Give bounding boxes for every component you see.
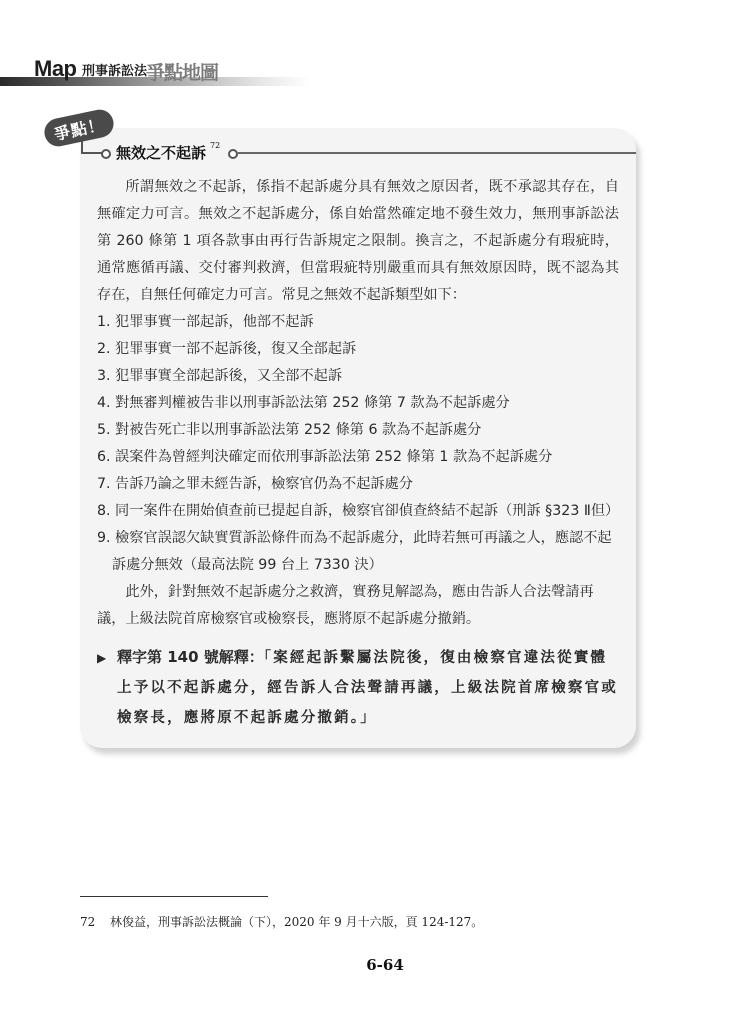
header-brand: Map	[34, 56, 77, 82]
interpretation-lead: 釋字第 140 號解釋：	[117, 648, 264, 666]
footnote-text: 林俊益，刑事訴訟法概論（下），2020 年 9 月十六版，頁 124-127。	[110, 915, 483, 929]
list-item: 4. 對無審判權被告非以刑事訴訟法第 252 條第 7 款為不起訴處分	[97, 390, 619, 417]
list-item: 8. 同一案件在開始偵查前已提起自訴，檢察官卻偵查終結不起訴（刑訴 §323 Ⅱ…	[97, 498, 619, 525]
interpretation-note: ▶釋字第 140 號解釋：「案經起訴繫屬法院後，復由檢察官違法從實體上予以不起訴…	[97, 643, 619, 733]
footnote: 72林俊益，刑事訴訟法概論（下），2020 年 9 月十六版，頁 124-127…	[80, 913, 483, 930]
header-subject: 刑事訴訟法	[82, 60, 147, 79]
page-number: 6-64	[0, 956, 750, 974]
list-item: 7. 告訴乃論之罪未經告訴，檢察官仍為不起訴處分	[97, 471, 619, 498]
triangle-right-icon: ▶	[97, 644, 117, 673]
intro-paragraph: 所謂無效之不起訴，係指不起訴處分具有無效之原因者，既不承認其存在，自無確定力可言…	[97, 174, 619, 309]
footnote-rule	[80, 896, 268, 897]
tag-connector-horizontal	[81, 152, 103, 154]
remedy-paragraph: 此外，針對無效不起訴處分之救濟，實務見解認為，應由告訴人合法聲請再議，上級法院首…	[97, 579, 619, 633]
section-title-text: 無效之不起訴	[116, 144, 206, 162]
section-title: 無效之不起訴72	[116, 142, 220, 163]
circle-bullet-icon	[228, 149, 238, 159]
issue-content: 所謂無效之不起訴，係指不起訴處分具有無效之原因者，既不承認其存在，自無確定力可言…	[97, 174, 619, 733]
footnote-number: 72	[80, 915, 110, 929]
footnote-ref: 72	[210, 141, 220, 150]
header-title: 爭點地圖	[146, 58, 218, 85]
list-item: 9. 檢察官誤認欠缺實質訴訟條件而為不起訴處分，此時若無可再議之人，應認不起訴處…	[97, 525, 619, 579]
circle-bullet-icon	[101, 149, 111, 159]
list-item: 5. 對被告死亡非以刑事訴訟法第 252 條第 6 款為不起訴處分	[97, 417, 619, 444]
invalid-types-list: 1. 犯罪事實一部起訴，他部不起訴 2. 犯罪事實一部不起訴後，復又全部起訴 3…	[97, 309, 619, 579]
page-header: Map 刑事訴訟法 爭點地圖	[0, 55, 330, 90]
list-item: 2. 犯罪事實一部不起訴後，復又全部起訴	[97, 336, 619, 363]
list-item: 6. 誤案件為曾經判決確定而依刑事訴訟法第 252 條第 1 款為不起訴處分	[97, 444, 619, 471]
list-item: 1. 犯罪事實一部起訴，他部不起訴	[97, 309, 619, 336]
title-rule	[238, 152, 636, 154]
list-item: 3. 犯罪事實全部起訴後，又全部不起訴	[97, 363, 619, 390]
